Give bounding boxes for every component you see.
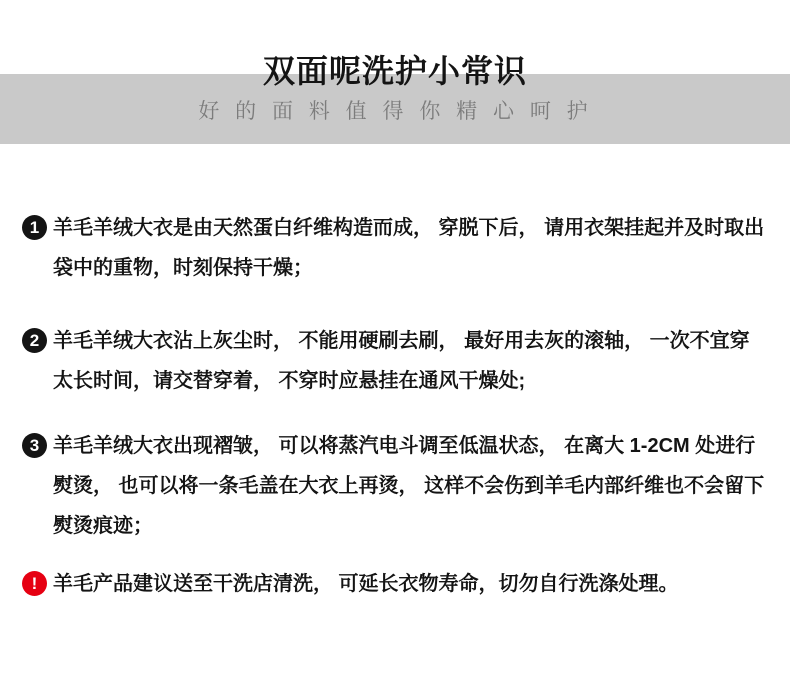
- tip-line: 袋中的重物，时刻保持干燥；: [53, 248, 764, 288]
- tip-line: 羊毛羊绒大衣沾上灰尘时， 不能用硬刷去刷， 最好用去灰的滚轴， 一次不宜穿: [53, 321, 750, 361]
- tip-line: 羊毛产品建议送至干洗店清洗， 可延长衣物寿命，切勿自行洗涤处理。: [53, 564, 679, 604]
- care-tips-page: 双面呢洗护小常识 好 的 面 料 值 得 你 精 心 呵 护 1 羊毛羊绒大衣是…: [0, 0, 790, 683]
- tip-item-2: 2 羊毛羊绒大衣沾上灰尘时， 不能用硬刷去刷， 最好用去灰的滚轴， 一次不宜穿 …: [22, 321, 766, 401]
- tip-item-alert: ! 羊毛产品建议送至干洗店清洗， 可延长衣物寿命，切勿自行洗涤处理。: [22, 564, 766, 604]
- page-subtitle: 好 的 面 料 值 得 你 精 心 呵 护: [0, 99, 790, 125]
- tip-item-3: 3 羊毛羊绒大衣出现褶皱， 可以将蒸汽电斗调至低温状态， 在离大 1-2CM 处…: [22, 426, 766, 546]
- tip-text-alert: 羊毛产品建议送至干洗店清洗， 可延长衣物寿命，切勿自行洗涤处理。: [53, 564, 679, 604]
- tip-text-2: 羊毛羊绒大衣沾上灰尘时， 不能用硬刷去刷， 最好用去灰的滚轴， 一次不宜穿 太长…: [53, 321, 750, 401]
- tip-text-1: 羊毛羊绒大衣是由天然蛋白纤维构造而成， 穿脱下后， 请用衣架挂起并及时取出 袋中…: [53, 208, 764, 288]
- tip-text-3: 羊毛羊绒大衣出现褶皱， 可以将蒸汽电斗调至低温状态， 在离大 1-2CM 处进行…: [53, 426, 764, 546]
- tip-line: 熨烫痕迹；: [53, 506, 764, 546]
- header: 双面呢洗护小常识 好 的 面 料 值 得 你 精 心 呵 护: [0, 0, 790, 145]
- tip-number-badge-3: 3: [22, 433, 47, 458]
- tip-line: 羊毛羊绒大衣出现褶皱， 可以将蒸汽电斗调至低温状态， 在离大 1-2CM 处进行: [53, 426, 764, 466]
- alert-exclamation-icon: !: [22, 571, 47, 596]
- tip-line: 太长时间，请交替穿着， 不穿时应悬挂在通风干燥处;: [53, 361, 750, 401]
- tip-line: 羊毛羊绒大衣是由天然蛋白纤维构造而成， 穿脱下后， 请用衣架挂起并及时取出: [53, 208, 764, 248]
- tip-item-1: 1 羊毛羊绒大衣是由天然蛋白纤维构造而成， 穿脱下后， 请用衣架挂起并及时取出 …: [22, 208, 766, 288]
- tip-number-badge-2: 2: [22, 328, 47, 353]
- page-title: 双面呢洗护小常识: [0, 54, 790, 88]
- tip-number-badge-1: 1: [22, 215, 47, 240]
- tips-list: 1 羊毛羊绒大衣是由天然蛋白纤维构造而成， 穿脱下后， 请用衣架挂起并及时取出 …: [0, 145, 790, 604]
- tip-line: 熨烫， 也可以将一条毛盖在大衣上再烫， 这样不会伤到羊毛内部纤维也不会留下: [53, 466, 764, 506]
